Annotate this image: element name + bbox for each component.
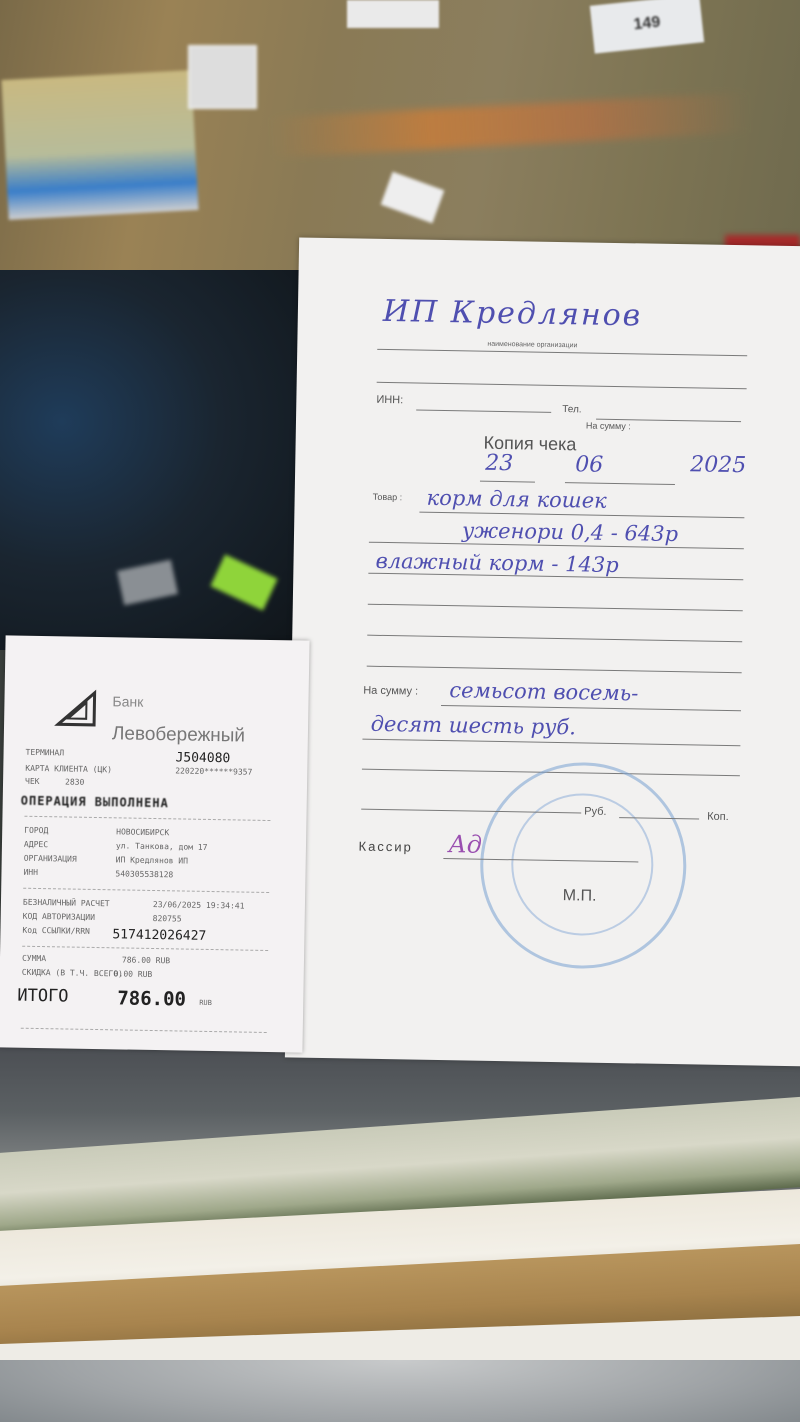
phone-label: Тел. (562, 404, 582, 415)
slip-row: КОД АВТОРИЗАЦИИ820755 (23, 912, 95, 922)
bank-logo-icon (54, 688, 103, 729)
grey-item (117, 560, 178, 606)
slip-row: ОРГАНИЗАЦИЯИП Кредлянов ИП (24, 854, 77, 864)
pasta-streak (269, 92, 750, 157)
date-day: 23 (485, 451, 513, 476)
bank-name: Левобережный (112, 723, 245, 747)
total-amount: 786.00 (117, 987, 186, 1010)
cashier-label: Кассир (358, 839, 413, 855)
item-label: Товар : (373, 492, 403, 503)
price-tag (347, 0, 439, 28)
sum-words-line-1: семьсот восемь- (449, 678, 638, 705)
counter-frame (0, 1040, 800, 1422)
sum-words-line-2: десят шесть руб. (371, 712, 577, 740)
slip-row: СУММА786.00 RUB (22, 954, 46, 963)
price-tag (381, 172, 445, 224)
rub-label: Руб. (584, 806, 607, 818)
product-package (1, 70, 198, 220)
operation-status: ОПЕРАЦИЯ ВЫПОЛНЕНА (21, 794, 169, 811)
slip-row: ИНН540305538128 (23, 868, 38, 877)
qr-code-label (188, 45, 257, 109)
sales-receipt-copy: ИП Кредлянов наименование организации ИН… (285, 237, 800, 1066)
item-line-1: корм для кошек (426, 486, 606, 513)
metal-bowl (0, 1360, 800, 1422)
slip-row: КАРТА КЛИЕНТА (ЦК)220220******9357 (25, 764, 112, 775)
sum-small-label: На сумму : (586, 420, 631, 431)
price-tag: 149 (590, 0, 704, 54)
round-stamp (478, 761, 688, 971)
stamp-place-label: М.П. (563, 887, 597, 906)
slip-row: Код ССЫЛКИ/RRN517412026427 (22, 926, 90, 936)
slip-row: БЕЗНАЛИЧНЫЙ РАСЧЕТ23/06/2025 19:34:41 (23, 898, 110, 909)
green-tag (210, 554, 277, 610)
date-month: 06 (575, 452, 603, 477)
total-currency: RUB (199, 999, 212, 1007)
organization-name: ИП Кредлянов (383, 294, 643, 334)
bank-word: Банк (112, 693, 143, 710)
kop-label: Коп. (707, 811, 729, 823)
slip-row: ТЕРМИНАЛJ504080 (26, 748, 65, 758)
sum-label: На сумму : (363, 685, 418, 698)
total-label: ИТОГО (17, 986, 69, 1007)
organization-caption: наименование организации (487, 341, 577, 350)
slip-row: ГОРОДНОВОСИБИРСК (24, 826, 48, 835)
dark-glass-background (0, 270, 310, 650)
date-year: 2025 (690, 452, 746, 478)
slip-row: ЧЕК2830 (25, 777, 40, 786)
inn-label: ИНН: (376, 394, 403, 406)
slip-row: АДРЕСул. Танкова, дом 17 (24, 840, 48, 849)
slip-row: СКИДКА (В Т.Ч. ВСЕГО)0.00 RUB (22, 968, 123, 979)
cashier-signature: Ад (448, 830, 482, 859)
item-line-2: уженори 0,4 - 643р (462, 518, 678, 546)
bank-terminal-slip: Банк Левобережный ТЕРМИНАЛJ504080 КАРТА … (0, 635, 310, 1052)
